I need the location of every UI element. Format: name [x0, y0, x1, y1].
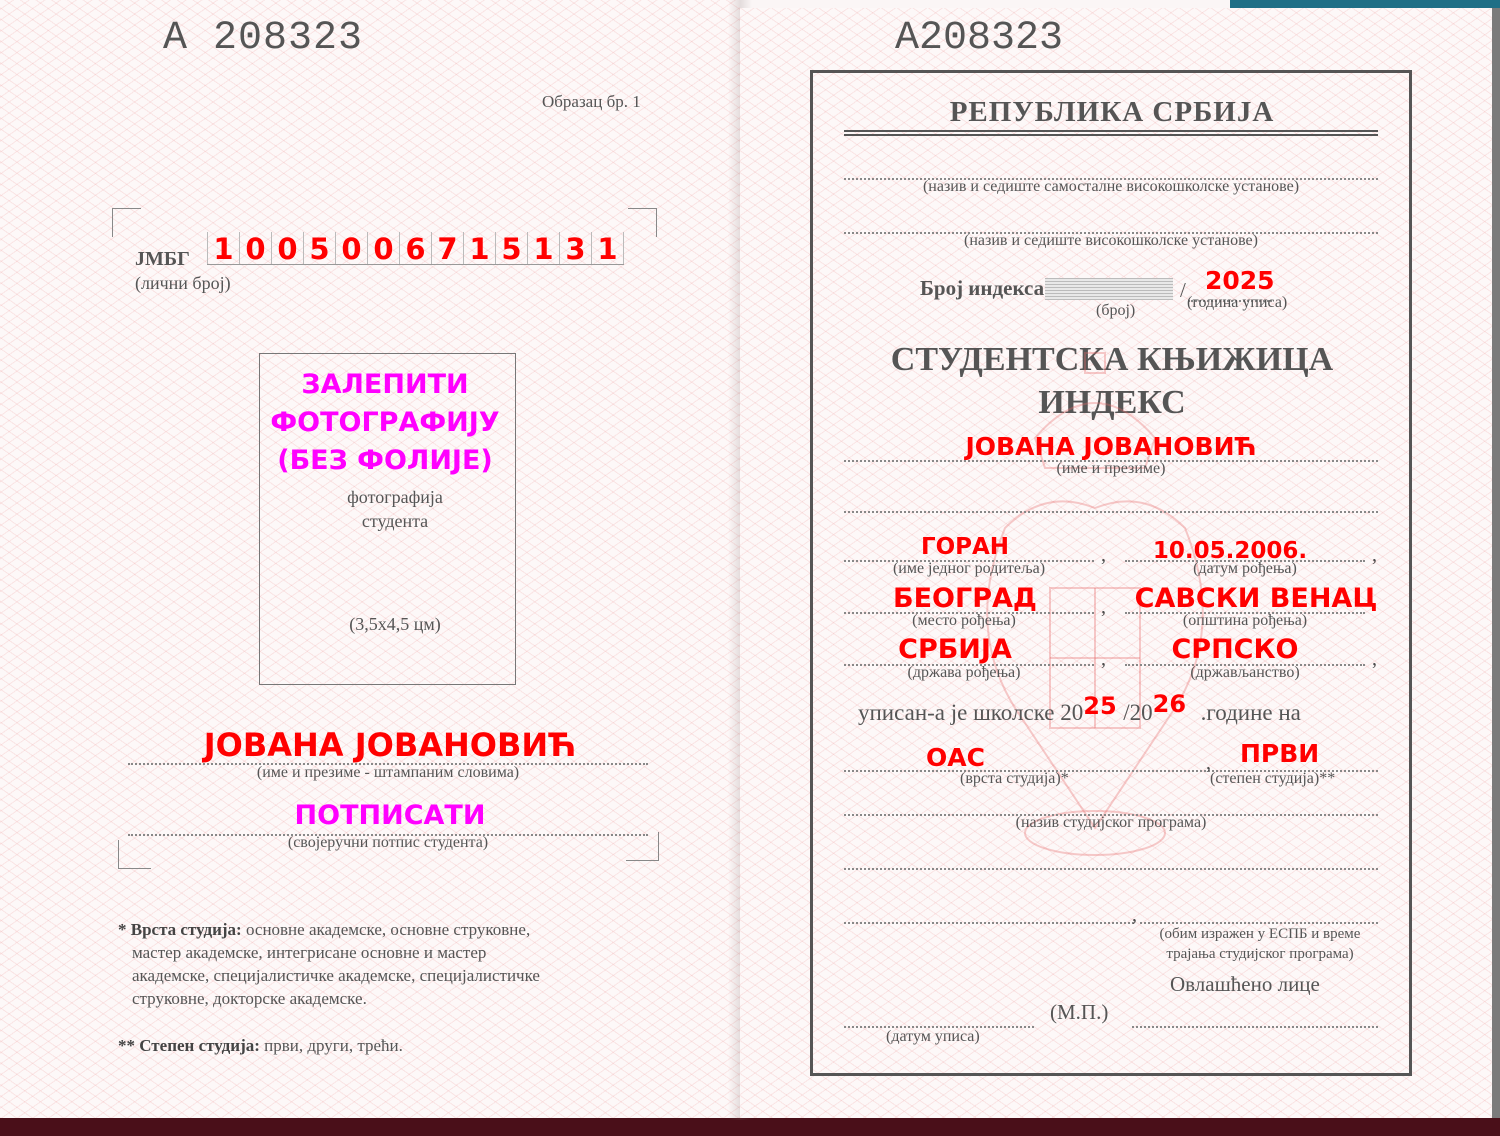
authorized-person: Овлашћено лице: [1170, 972, 1320, 997]
dotted-line: [844, 922, 1134, 924]
footnote-line: мастер академске, интегрисане основне и …: [118, 941, 658, 964]
title-rule: [844, 130, 1378, 132]
title-rule: [844, 134, 1378, 136]
jmbg-digit[interactable]: 1: [463, 232, 495, 264]
corner-bracket: [628, 208, 657, 237]
enrollment-year-caption: (година уписа): [1187, 294, 1287, 312]
birth-place[interactable]: БЕОГРАД: [860, 583, 1070, 614]
comma: ,: [1372, 544, 1377, 567]
student-name-printed[interactable]: ЈОВАНА ЈОВАНОВИЋ: [130, 726, 650, 764]
birth-municipality-caption: (општина рођења): [1125, 612, 1365, 630]
comma: ,: [1132, 904, 1137, 927]
citizenship[interactable]: СРПСКО: [1135, 634, 1335, 665]
jmbg-caption: (лични број): [135, 273, 231, 294]
enrollment-statement: уписан-а је школске 2025/2026.године на: [858, 698, 1301, 726]
serial-number: A208323: [895, 16, 1063, 61]
enrollment-text: уписан-а је школске 20: [858, 700, 1083, 725]
authorized-signature-line[interactable]: [1132, 1026, 1378, 1028]
book-cover-edge-top: [1230, 0, 1500, 8]
birth-date-caption: (датум рођења): [1125, 560, 1365, 578]
student-name[interactable]: ЈОВАНА ЈОВАНОВИЋ: [844, 432, 1378, 461]
jmbg-digit[interactable]: 1: [207, 232, 239, 264]
dotted-line: [844, 511, 1378, 513]
footnote-line: основне академске, основне струковне,: [246, 920, 530, 939]
program-caption: (назив студијског програма): [844, 814, 1378, 832]
photo-label-line: студента: [320, 509, 470, 533]
study-level[interactable]: ПРВИ: [1240, 739, 1319, 768]
photo-instruction-line: ЗАЛЕПИТИ: [250, 366, 520, 404]
jmbg-digit[interactable]: 0: [271, 232, 303, 264]
book-cover-edge-bottom: [0, 1118, 1500, 1136]
republic-title: РЕПУБЛИКА СРБИЈА: [814, 96, 1410, 129]
scope-caption: (обим изражен у ЕСПБ и време трајања сту…: [1150, 924, 1370, 964]
jmbg-field[interactable]: 1005006715131: [207, 232, 624, 265]
left-page: A 208323 Образац бр. 1 ЈМБГ 100500671513…: [0, 0, 740, 1118]
enrollment-text: .године на: [1201, 700, 1301, 725]
study-level-caption: (степен студија)**: [1210, 770, 1335, 788]
parent-name[interactable]: ГОРАН: [880, 534, 1050, 560]
comma: ,: [1101, 648, 1106, 671]
photo-size: (3,5x4,5 цм): [320, 614, 470, 635]
photo-instruction-line: ФОТОГРАФИЈУ: [250, 404, 520, 442]
photo-instruction: ЗАЛЕПИТИ ФОТОГРАФИЈУ (БЕЗ ФОЛИЈЕ): [250, 366, 520, 480]
comma: ,: [1101, 544, 1106, 567]
photo-instruction-line: (БЕЗ ФОЛИЈЕ): [250, 442, 520, 480]
stamp-placeholder: (М.П.): [1050, 1000, 1108, 1025]
photo-label-line: фотографија: [320, 485, 470, 509]
book-cover-edge-right: [1492, 8, 1500, 1118]
jmbg-label: ЈМБГ: [135, 248, 190, 271]
footnote-study-level: ** Степен студија: први, други, трећи.: [118, 1034, 403, 1057]
jmbg-digit[interactable]: 5: [495, 232, 527, 264]
index-number-label: Број индекса: [920, 276, 1044, 301]
enrollment-year-from[interactable]: 25: [1083, 692, 1123, 720]
scope-caption-line: трајања студијског програма): [1150, 944, 1370, 964]
photo-label: фотографија студента: [320, 485, 470, 533]
form-number: Образац бр. 1: [542, 92, 641, 112]
dotted-line: [844, 868, 1378, 870]
index-number-redacted: [1045, 278, 1173, 300]
comma: ,: [1372, 648, 1377, 671]
enrollment-text: /20: [1123, 700, 1152, 725]
citizenship-caption: (држављанство): [1125, 664, 1365, 682]
birth-country-caption: (држава рођења): [854, 664, 1074, 682]
jmbg-digit[interactable]: 1: [527, 232, 559, 264]
institution-caption: (назив и седиште високошколске установе): [844, 232, 1378, 250]
index-separator: /: [1180, 278, 1186, 303]
signature-caption: (својеручни потпис студента): [128, 834, 648, 852]
student-name-caption: (име и презиме - штампаним словима): [128, 764, 648, 782]
birth-country[interactable]: СРБИЈА: [860, 634, 1050, 665]
study-type[interactable]: ОАС: [926, 743, 985, 772]
student-name-caption: (име и презиме): [844, 460, 1378, 478]
jmbg-digit[interactable]: 3: [559, 232, 591, 264]
jmbg-digit[interactable]: 0: [335, 232, 367, 264]
study-type-caption: (врста студија)*: [960, 770, 1069, 788]
footnote-study-type: * Врста студија: основне академске, осно…: [118, 918, 658, 1010]
independent-institution-caption: (назив и седиште самосталне високошколск…: [844, 178, 1378, 196]
right-page: A208323 РЕПУБЛИКА СРБИЈА (назив и седишт…: [740, 8, 1492, 1118]
enrollment-date-caption: (датум уписа): [886, 1028, 980, 1046]
jmbg-digit[interactable]: 1: [591, 232, 624, 264]
index-number-caption: (број): [1096, 302, 1135, 320]
jmbg-digit[interactable]: 6: [399, 232, 431, 264]
birth-place-caption: (место рођења): [854, 612, 1074, 630]
footnote-label: * Врста студија:: [118, 920, 242, 939]
parent-name-caption: (име једног родитеља): [854, 560, 1084, 578]
scope-caption-line: (обим изражен у ЕСПБ и време: [1150, 924, 1370, 944]
jmbg-digit[interactable]: 5: [303, 232, 335, 264]
jmbg-digit[interactable]: 7: [431, 232, 463, 264]
signature-instruction[interactable]: ПОТПИСАТИ: [130, 800, 650, 831]
birth-municipality[interactable]: САВСКИ ВЕНАЦ: [1125, 583, 1387, 614]
enrollment-year[interactable]: 2025: [1205, 266, 1275, 295]
footnote-line: струковне, докторске академске.: [118, 987, 658, 1010]
comma: ,: [1101, 596, 1106, 619]
jmbg-digit[interactable]: 0: [367, 232, 399, 264]
corner-bracket: [112, 208, 141, 237]
footnote-label: ** Степен студија:: [118, 1036, 260, 1055]
enrollment-year-to[interactable]: 26: [1153, 690, 1201, 718]
footnote-line: академске, специјалистичке академске, сп…: [118, 964, 658, 987]
footnote-text: први, други, трећи.: [264, 1036, 403, 1055]
jmbg-digit[interactable]: 0: [239, 232, 271, 264]
serial-number: A 208323: [163, 16, 363, 61]
